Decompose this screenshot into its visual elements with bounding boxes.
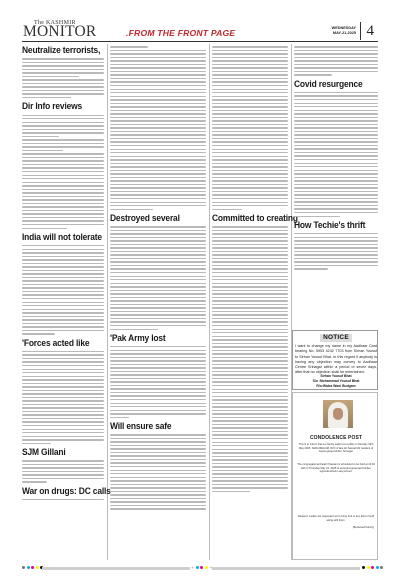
- article-india-will-not-tolerate: India will not tolerate: [22, 232, 104, 335]
- article-body: [212, 46, 288, 210]
- condolence-title: CONDOLENCE POST: [293, 435, 379, 441]
- notice-ad: NOTICE I want to change my name in my Aa…: [292, 330, 378, 390]
- article-body: [22, 499, 104, 500]
- article-body: [22, 245, 104, 335]
- condolence-request: Request: Ladies are requested not to bri…: [295, 515, 377, 522]
- footer-rule: [42, 567, 190, 570]
- article-body: [212, 226, 288, 492]
- article-destroyed-several: Destroyed several: [110, 213, 206, 330]
- article-body: [110, 46, 206, 210]
- article-will-ensure-safe: Will ensure safe: [110, 421, 206, 510]
- article-covid-resurgence: Covid resurgence: [294, 79, 378, 217]
- article-pak-army-lost: 'Pak Army lost: [110, 333, 206, 418]
- section-title: .FROM THE FRONT PAGE: [126, 28, 235, 38]
- article-forces-acted-like: 'Forces acted like: [22, 338, 104, 444]
- column-1: Neutralize terrorists, Dir Info reviews …: [22, 44, 104, 502]
- article-war-on-drugs: War on drugs: DC calls: [22, 486, 104, 501]
- article-body: [294, 92, 378, 217]
- article-continued-drug-menace: [110, 46, 206, 210]
- portrait-photo: [323, 400, 353, 428]
- article-sjm-gillani: SJM Gillani: [22, 447, 104, 483]
- condolence-text-1: This is to inform that our family sadly …: [297, 443, 375, 454]
- column-divider: [209, 44, 210, 560]
- brand-logo: MONITOR: [23, 24, 96, 40]
- article-body: [22, 115, 104, 229]
- condolence-text-2: The congregational Fateh Khawani is sche…: [297, 463, 375, 474]
- article-body: [22, 58, 104, 98]
- article-body: [22, 351, 104, 444]
- date-block: WEDNESDAY MAY-21-2025: [332, 26, 356, 36]
- notice-signer-parent: S/o :Mohammad Yousuf Bhat: [293, 379, 379, 383]
- article-how-techies-thrift: How Techie's thrift: [294, 220, 378, 270]
- notice-text: I want to change my name in my Aadhaar C…: [295, 344, 377, 376]
- headline: 'Forces acted like: [22, 338, 94, 349]
- color-registration-marks: [362, 566, 383, 569]
- condolence-signature: (Bereaved Family): [353, 526, 374, 529]
- page-number: 4: [367, 23, 375, 40]
- headline: Neutralize terrorists,: [22, 45, 94, 56]
- column-divider: [107, 44, 108, 560]
- headline: Destroyed several: [110, 213, 194, 224]
- article-continued-yatra: [212, 46, 288, 210]
- headline: India will not tolerate: [22, 232, 94, 243]
- notice-title: NOTICE: [320, 334, 352, 342]
- headline: 'Pak Army lost: [110, 333, 194, 344]
- notice-signer-name: Sirhan Yousuf Bhat: [293, 374, 379, 378]
- headline: War on drugs: DC calls: [22, 486, 94, 497]
- headline: How Techie's thrift: [294, 220, 368, 231]
- headline: SJM Gillani: [22, 447, 94, 458]
- divider: [360, 22, 361, 40]
- article-body: [294, 233, 378, 270]
- article-continued-officials: [294, 46, 378, 76]
- article-neutralize-terrorists: Neutralize terrorists,: [22, 45, 104, 98]
- article-body: [294, 46, 378, 76]
- notice-signer-address: R/o:Watra Wani Budgam: [293, 384, 379, 388]
- article-body: [110, 226, 206, 330]
- color-registration-marks: [22, 566, 43, 569]
- article-dir-info-reviews: Dir Info reviews: [22, 101, 104, 229]
- headline: Will ensure safe: [110, 421, 194, 432]
- article-committed-to-creating: Committed to creating: [212, 213, 288, 492]
- condolence-ad: CONDOLENCE POST This is to inform that o…: [292, 392, 378, 560]
- column-2: Destroyed several 'Pak Army lost Will en…: [110, 44, 206, 512]
- column-4: Covid resurgence How Techie's thrift: [294, 44, 378, 272]
- article-body: [22, 460, 104, 483]
- article-body: [110, 434, 206, 510]
- footer-rule: [212, 567, 360, 570]
- masthead: The KASHMIR MONITOR .FROM THE FRONT PAGE…: [22, 20, 378, 42]
- center-registration-mark: ++: [191, 566, 213, 569]
- article-body: [110, 346, 206, 418]
- column-3: Committed to creating: [212, 44, 288, 494]
- headline: Committed to creating: [212, 213, 279, 224]
- headline: Dir Info reviews: [22, 101, 94, 112]
- date: MAY-21-2025: [332, 31, 356, 36]
- headline: Covid resurgence: [294, 79, 368, 90]
